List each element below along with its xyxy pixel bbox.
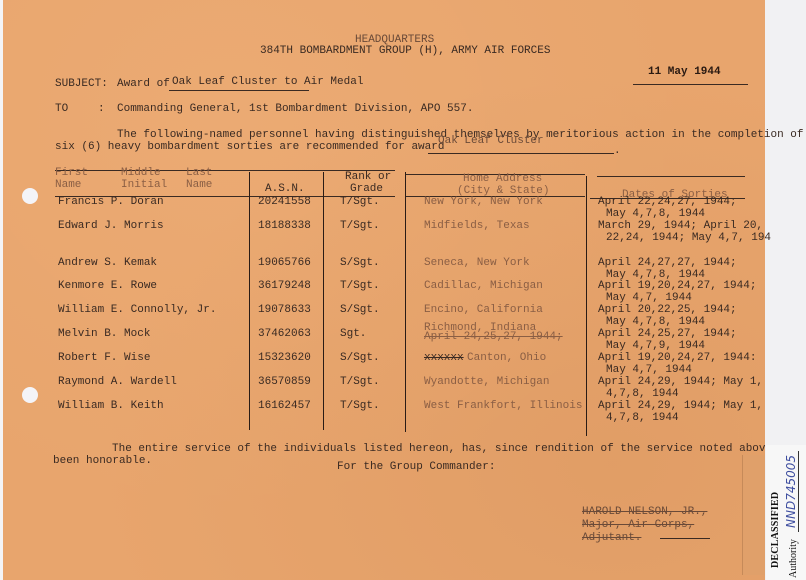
row-rank: S/Sgt. (340, 304, 380, 316)
row-dates-2: May 4,7,9, 1944 (606, 340, 705, 352)
col-divider-rank (323, 172, 324, 430)
row-dates-2: 22,24, 1944; May 4,7, 194 (606, 232, 771, 244)
stamp-authority-number: NND745005 (784, 451, 799, 532)
paper-tab (742, 455, 765, 575)
header-middle-initial-2: Initial (121, 179, 167, 191)
signature-title-rule (660, 538, 710, 539)
row-name: Edward J. Morris (58, 220, 164, 232)
to-value: Commanding General, 1st Bombardment Divi… (117, 103, 473, 115)
row-rank: T/Sgt. (340, 376, 380, 388)
row-name: Robert F. Wise (58, 352, 150, 364)
row-name: Raymond A. Wardell (58, 376, 177, 388)
row-asn: 37462063 (258, 328, 311, 340)
subject-underline (169, 90, 309, 91)
table-top-rule (55, 170, 395, 171)
punch-hole-top (22, 188, 38, 204)
row-asn: 19065766 (258, 257, 311, 269)
body-line-2: six (6) heavy bombardment sorties are re… (55, 141, 444, 153)
to-colon: : (98, 103, 105, 115)
row-address: Wyandotte, Michigan (424, 376, 549, 388)
signature-rank: Major, Air Corps, (582, 519, 694, 531)
row-rank: S/Sgt. (340, 257, 380, 269)
row-address: Encino, California (424, 304, 543, 316)
row-rank: S/Sgt. (340, 352, 380, 364)
closing-line-1: The entire service of the individuals li… (112, 443, 779, 455)
row-asn: 20241558 (258, 196, 311, 208)
row-rank: T/Sgt. (340, 400, 380, 412)
row-address: New York, New York (424, 196, 543, 208)
col-divider-asn (249, 172, 250, 430)
declassified-stamp: DECLASSIFIED Authority NND745005 (766, 445, 806, 580)
row-dates-2: May 4,7,8, 1944 (606, 316, 705, 328)
row-dates-1: April 24,29, 1944; May 1, (598, 400, 763, 412)
row-asn: 15323620 (258, 352, 311, 364)
subject-value: Oak Leaf Cluster to Air Medal (172, 76, 363, 88)
row-address: West Frankfort, Illinois (424, 400, 582, 412)
row-asn: 36179248 (258, 280, 311, 292)
row-address: Canton, Ohio (467, 352, 546, 364)
row-dates-2: May 4,7, 1944 (606, 292, 692, 304)
row-name: Kenmore E. Rowe (58, 280, 157, 292)
document-date: 11 May 1944 (648, 66, 721, 78)
row-rank: T/Sgt. (340, 196, 380, 208)
header-rank: Rank or (345, 171, 391, 183)
to-label: TO (55, 103, 68, 115)
row-dates-1: April 24,25,27, 1944; (598, 328, 737, 340)
row-dates-1: March 29, 1944; April 20, (598, 220, 763, 232)
subject-prefix: Award of (117, 78, 170, 90)
row-rank: T/Sgt. (340, 220, 380, 232)
stamp-title: DECLASSIFIED (770, 492, 781, 568)
header-asn: A.S.N. (265, 183, 305, 195)
closing-line-2: been honorable. (53, 455, 152, 467)
row-address-struck-prefix: xxxxxx (424, 352, 464, 364)
table-top-rule-3 (597, 176, 745, 177)
header-line-2: 384TH BOMBARDMENT GROUP (H), ARMY AIR FO… (260, 45, 550, 57)
punch-hole-bottom (22, 387, 38, 403)
row-dates-1: April 24,29, 1944; May 1, (598, 376, 763, 388)
header-last-name-2: Name (186, 179, 212, 191)
header-rank-2: Grade (350, 183, 383, 195)
row-dates-2: 4,7,8, 1944 (606, 388, 679, 400)
row-address-struck: April 24,25,27, 1944; (424, 331, 563, 343)
row-name: Andrew S. Kemak (58, 257, 157, 269)
row-name: Melvin B. Mock (58, 328, 150, 340)
row-rank: Sgt. (340, 328, 366, 340)
date-underline (633, 84, 748, 85)
col-divider-address (405, 172, 406, 432)
signature-name: HAROLD NELSON, JR., (582, 506, 707, 518)
row-rank: T/Sgt. (340, 280, 380, 292)
signature-title: Adjutant. (582, 532, 641, 544)
row-dates-1: April 20,22,25, 1944; (598, 304, 737, 316)
row-dates-1: April 19,20,24,27, 1944: (598, 352, 756, 364)
row-asn: 36570859 (258, 376, 311, 388)
row-dates-1: April 22,24,27, 1944; (598, 196, 737, 208)
col-divider-dates (586, 176, 587, 436)
row-dates-1: April 24,27,27, 1944; (598, 257, 737, 269)
row-address: Seneca, New York (424, 257, 530, 269)
page-edge (0, 0, 3, 580)
award-underline (428, 153, 614, 154)
header-middle-initial: Middle (121, 167, 161, 179)
row-dates-2: 4,7,8, 1944 (606, 412, 679, 424)
row-asn: 18188338 (258, 220, 311, 232)
header-last-name: Last (186, 167, 212, 179)
row-address: Midfields, Texas (424, 220, 530, 232)
award-fill-value: Oak Leaf Cluster (438, 135, 544, 147)
subject-label: SUBJECT: (55, 78, 108, 90)
row-name: William B. Keith (58, 400, 164, 412)
row-asn: 19078633 (258, 304, 311, 316)
stamp-authority-label: Authority (788, 539, 799, 578)
body-line-2-end: . (614, 145, 621, 157)
header-address: Home Address (463, 173, 542, 185)
row-dates-2: May 4,7,8, 1944 (606, 208, 705, 220)
for-group-commander: For the Group Commander: (337, 461, 495, 473)
header-first-name: First (55, 167, 88, 179)
document-page: HEADQUARTERS 384TH BOMBARDMENT GROUP (H)… (0, 0, 765, 580)
row-asn: 16162457 (258, 400, 311, 412)
row-name: Francis P. Doran (58, 196, 164, 208)
header-first-name-2: Name (55, 179, 81, 191)
row-dates-2: May 4,7, 1944 (606, 364, 692, 376)
row-name: William E. Connolly, Jr. (58, 304, 216, 316)
row-dates-1: April 19,20,24,27, 1944; (598, 280, 756, 292)
row-address: Cadillac, Michigan (424, 280, 543, 292)
